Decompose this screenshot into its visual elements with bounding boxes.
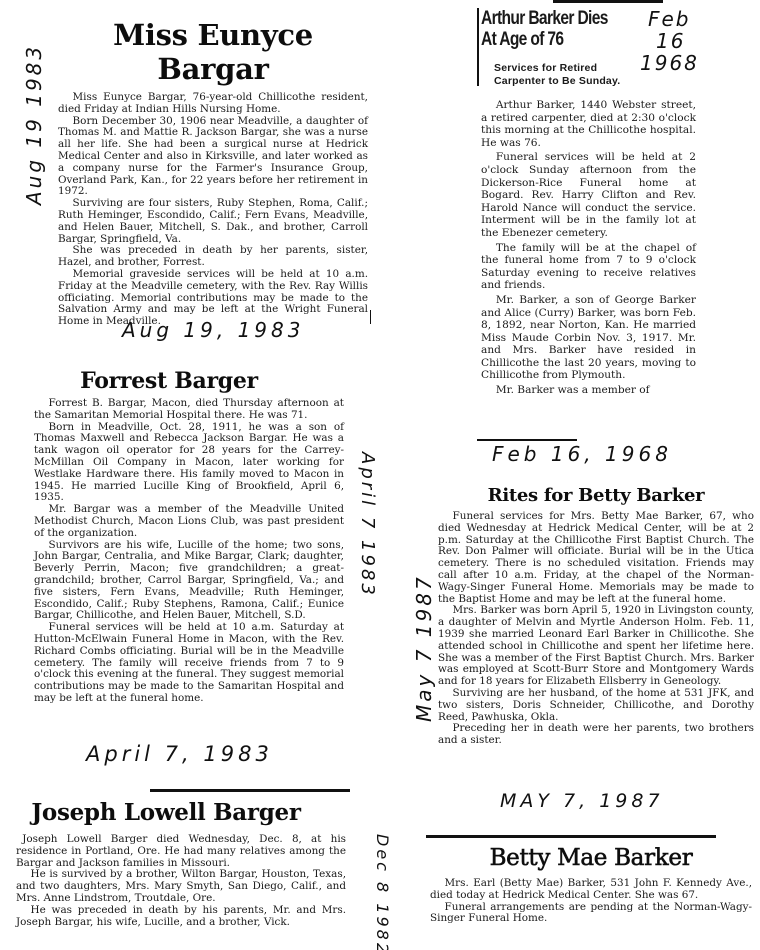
paragraph: Mrs. Earl (Betty Mae) Barker, 531 John F… [430, 878, 752, 902]
paragraph: The family will be at the chapel of the … [481, 242, 696, 292]
paragraph: She was preceded in death by her parents… [58, 245, 368, 269]
margin-note-handwritten: Dec 8 1982 [373, 834, 392, 950]
headline: Betty Mae Barker [430, 842, 752, 874]
headline-line1: Arthur Barker Dies [481, 8, 657, 29]
handwritten-date: Feb 16, 1968 [492, 442, 672, 466]
margin-note-handwritten: Aug 19 1983 [22, 44, 46, 205]
paragraph: Surviving are her husband, of the home a… [438, 688, 754, 723]
obituary-rites-for-betty-barker: Rites for Betty Barker Funeral services … [438, 484, 754, 747]
obituary-eunyce-bargar: Miss Eunyce Bargar Miss Eunyce Bargar, 7… [58, 18, 368, 328]
headline: Rites for Betty Barker [438, 484, 754, 508]
paragraph: Forrest B. Bargar, Macon, died Thursday … [34, 398, 344, 422]
headline: Joseph Lowell Barger [0, 798, 346, 828]
paragraph: He is survived by a brother, Wilton Barg… [16, 869, 346, 904]
divider [553, 0, 663, 3]
margin-note-handwritten: April 7 1983 [357, 452, 378, 598]
corner-note-handwritten: Feb 16 1968 [648, 8, 699, 74]
paragraph: Born December 30, 1906 near Meadville, a… [58, 116, 368, 199]
paragraph: Funeral services for Mrs. Betty Mae Bark… [438, 511, 754, 605]
paragraph: Preceding her in death were her parents,… [438, 723, 754, 747]
paragraph: Surviving are four sisters, Ruby Stephen… [58, 198, 368, 245]
handwritten-date: April 7, 1983 [86, 742, 273, 766]
paragraph: Mr. Barker was a member of [481, 384, 696, 397]
margin-note-handwritten: May 7 1987 [412, 574, 436, 722]
divider [426, 835, 716, 838]
divider [477, 439, 577, 441]
paragraph: Funeral arrangements are pending at the … [430, 902, 752, 926]
paragraph: Mr. Bargar was a member of the Meadville… [34, 504, 344, 539]
subheadline-line2: Carpenter to Be Sunday. [494, 73, 696, 89]
paragraph: Funeral services will be held at 2 o'clo… [481, 151, 696, 239]
paragraph: Arthur Barker, 1440 Webster street, a re… [481, 99, 696, 149]
paragraph: Born in Meadville, Oct. 28, 1911, he was… [34, 422, 344, 505]
obituary-betty-mae-barker: Betty Mae Barker Mrs. Earl (Betty Mae) B… [430, 842, 752, 925]
handwritten-date: Aug 19, 1983 [122, 318, 304, 342]
paragraph: Miss Eunyce Bargar, 76-year-old Chillico… [58, 92, 368, 116]
headline: Forrest Barger [0, 366, 344, 396]
divider [370, 310, 371, 324]
corner-note-line2: 16 [656, 30, 699, 52]
divider [150, 789, 350, 792]
handwritten-date: MAY 7, 1987 [500, 790, 664, 812]
paragraph: Mr. Barker, a son of George Barker and A… [481, 294, 696, 382]
headline-line2: At Age of 76 [481, 29, 657, 50]
paragraph: Survivors are his wife, Lucille of the h… [34, 540, 344, 623]
paragraph: He was preceded in death by his parents,… [16, 905, 346, 929]
obituary-forrest-barger: Forrest Barger Forrest B. Bargar, Macon,… [34, 366, 344, 705]
divider [477, 8, 479, 86]
obituary-joseph-lowell-barger: Joseph Lowell Barger Joseph Lowell Barge… [16, 798, 346, 928]
corner-note-line1: Feb [648, 8, 699, 30]
paragraph: Funeral services will be held at 10 a.m.… [34, 622, 344, 705]
corner-note-line3: 1968 [640, 52, 699, 74]
paragraph: Joseph Lowell Barger died Wednesday, Dec… [16, 834, 346, 869]
paragraph: Mrs. Barker was born April 5, 1920 in Li… [438, 605, 754, 688]
headline: Miss Eunyce Bargar [58, 18, 368, 86]
